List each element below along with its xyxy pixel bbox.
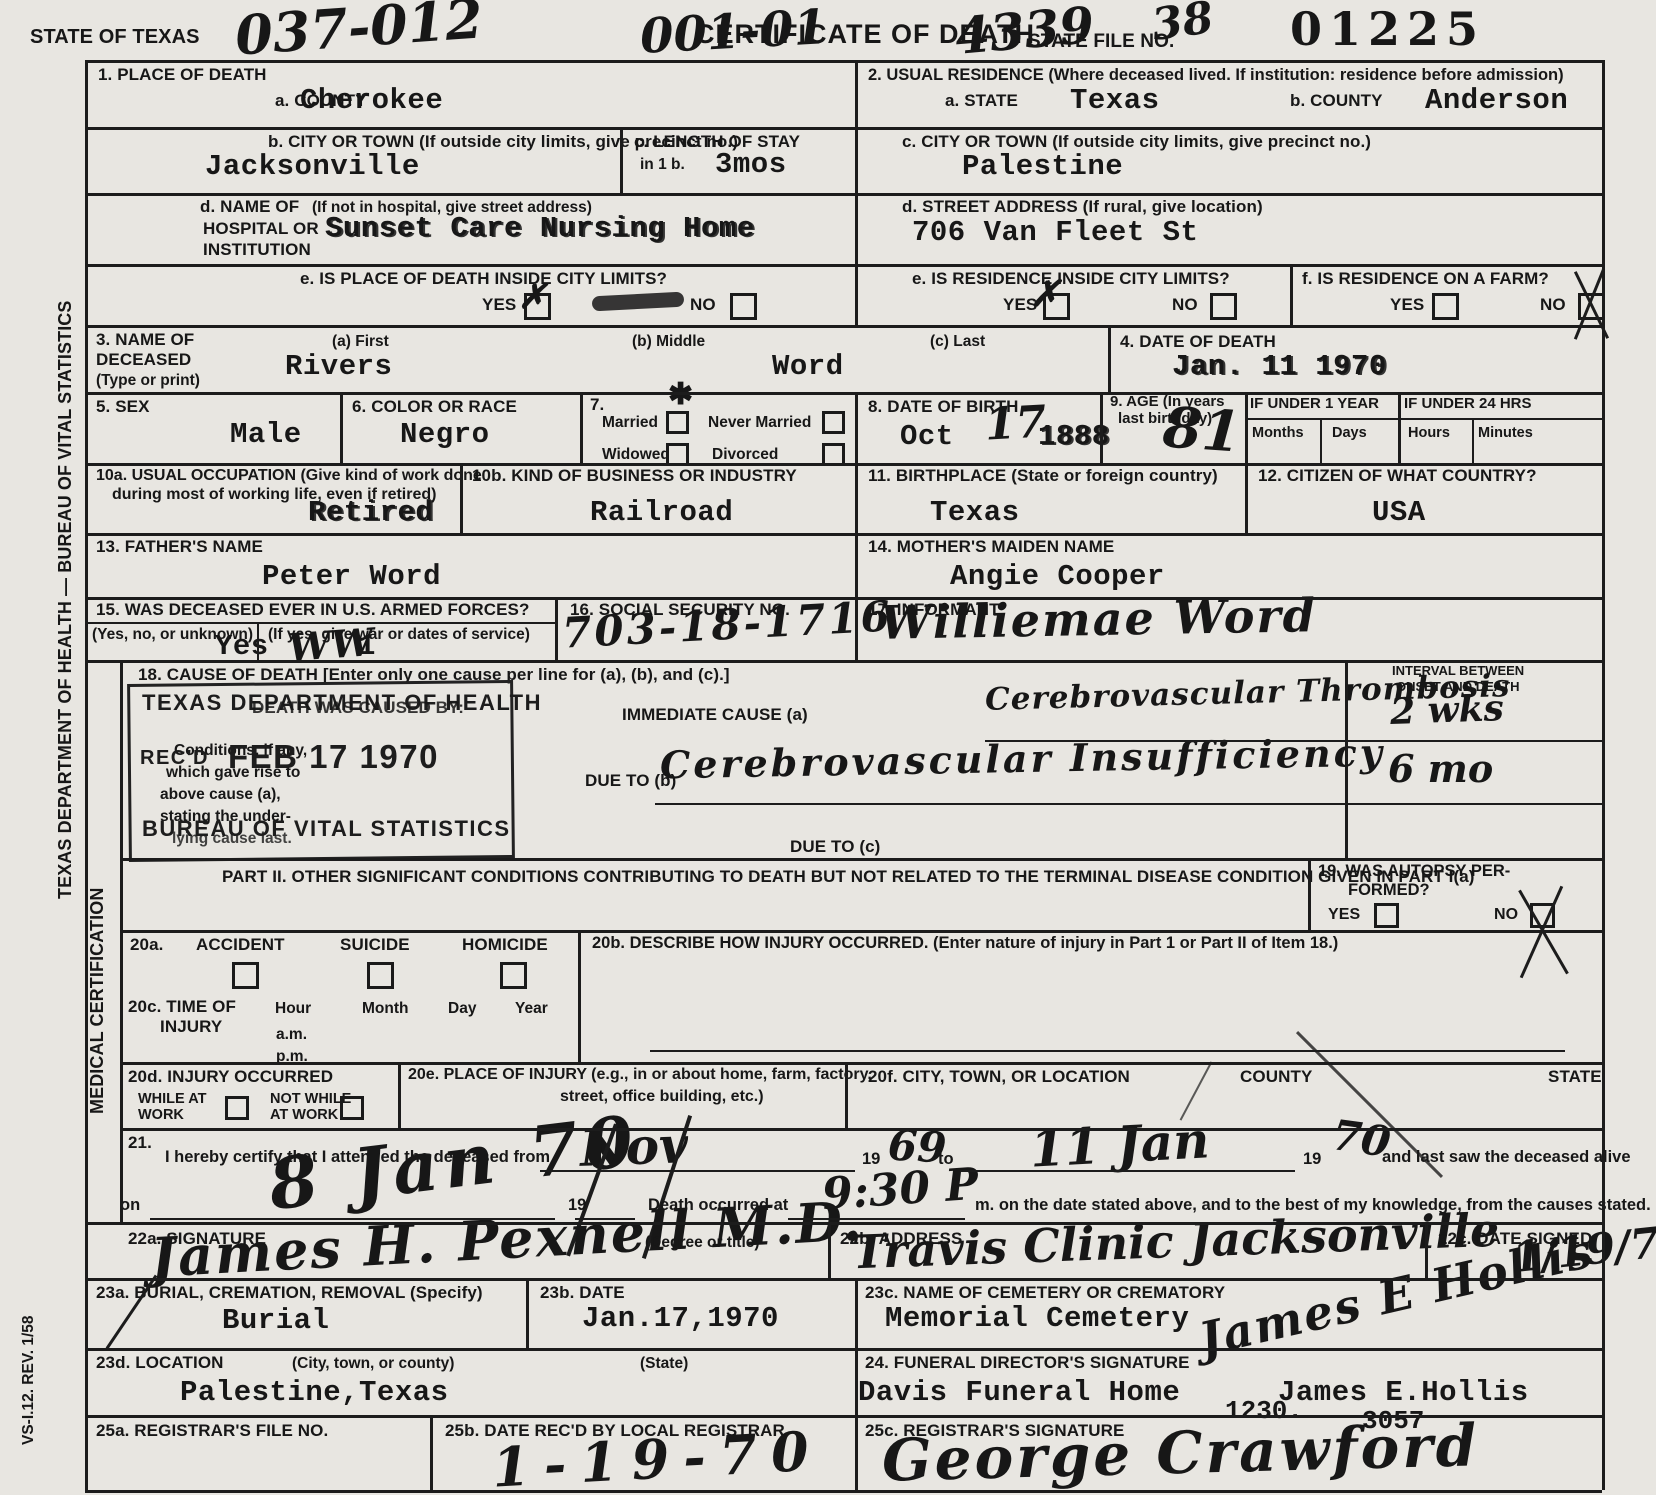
registrar-file-label: 25a. REGISTRAR'S FILE NO. bbox=[96, 1422, 328, 1441]
form-rule-line bbox=[120, 1128, 1602, 1131]
stamp-bureau-line: BUREAU OF VITAL STATISTICS bbox=[142, 818, 511, 840]
item-21-label: 21. bbox=[128, 1134, 152, 1153]
form-rule-line bbox=[620, 127, 623, 193]
form-rule-line bbox=[85, 1490, 1602, 1493]
industry-label: 10b. KIND OF BUSINESS OR INDUSTRY bbox=[472, 467, 797, 486]
residence-no-label: NO bbox=[1172, 296, 1198, 315]
accident-label: ACCIDENT bbox=[196, 936, 285, 955]
marital-item-label: 7. bbox=[590, 396, 604, 415]
form-rule-line bbox=[788, 1218, 965, 1220]
dob-month-value: Oct bbox=[900, 422, 954, 451]
form-rule-line bbox=[855, 392, 858, 660]
cause-a-interval-handwritten: 2 wks bbox=[1389, 690, 1504, 730]
form-rule-line bbox=[85, 193, 1602, 196]
first-name-label: (a) First bbox=[332, 333, 389, 350]
homicide-checkbox bbox=[500, 962, 527, 989]
farm-yes-checkbox bbox=[1432, 293, 1459, 320]
burial-label: 23a. BURIAL, CREMATION, REMOVAL (Specify… bbox=[96, 1284, 483, 1303]
suicide-checkbox bbox=[367, 962, 394, 989]
form-rule-line bbox=[257, 622, 259, 660]
state-file-label: STATE FILE NO. bbox=[1028, 32, 1174, 53]
medical-certification-vertical-label: MEDICAL CERTIFICATION bbox=[88, 828, 108, 1173]
form-rule-line bbox=[120, 1062, 1602, 1065]
marital-asterisk-mark: ✱ bbox=[668, 380, 693, 410]
birthplace-value: Texas bbox=[930, 498, 1020, 527]
left-margin-agency-text: TEXAS DEPARTMENT OF HEALTH — BUREAU OF V… bbox=[56, 250, 76, 950]
form-rule-line bbox=[460, 463, 463, 533]
burial-date-label: 23b. DATE bbox=[540, 1284, 625, 1303]
not-while-at-work-label2: AT WORK bbox=[270, 1108, 338, 1124]
location-sublabel2: (State) bbox=[640, 1355, 688, 1372]
while-at-work-label1: WHILE AT bbox=[138, 1092, 206, 1108]
never-married-label: Never Married bbox=[708, 414, 811, 431]
hospital-label3: INSTITUTION bbox=[203, 241, 311, 260]
due-to-c-label: DUE TO (c) bbox=[790, 838, 880, 857]
residence-county-label: b. COUNTY bbox=[1290, 92, 1383, 111]
form-rule-line bbox=[580, 392, 583, 463]
divorced-label: Divorced bbox=[712, 446, 778, 463]
while-at-work-checkbox bbox=[225, 1096, 249, 1120]
father-name-value: Peter Word bbox=[262, 562, 441, 591]
form-rule-line bbox=[85, 264, 1602, 267]
last-name-label: (c) Last bbox=[930, 333, 985, 350]
form-rule-line bbox=[1100, 392, 1103, 463]
cemetery-value: Memorial Cemetery bbox=[885, 1304, 1189, 1333]
form-rule-line bbox=[85, 622, 557, 624]
funeral-director-name-typed: James E.Hollis bbox=[1278, 1378, 1529, 1407]
location-value: Palestine,Texas bbox=[180, 1378, 449, 1407]
cause-b-interval-handwritten: 6 mo bbox=[1388, 750, 1493, 788]
form-rule-line bbox=[85, 463, 1602, 466]
burial-value: Burial bbox=[222, 1306, 329, 1335]
time-of-injury-label1: 20c. TIME OF bbox=[128, 998, 236, 1017]
form-rule-line bbox=[1602, 60, 1605, 1490]
residence-city-label: c. CITY OR TOWN (If outside city limits,… bbox=[902, 133, 1371, 152]
state-file-no-handwritten: 38 bbox=[1149, 0, 1216, 48]
under-1-year-label: IF UNDER 1 YEAR bbox=[1250, 396, 1379, 413]
part2-label: PART II. OTHER SIGNIFICANT CONDITIONS CO… bbox=[222, 868, 1475, 887]
not-while-at-work-checkbox bbox=[340, 1096, 364, 1120]
form-rule-line bbox=[398, 1062, 401, 1128]
industry-value: Railroad bbox=[590, 498, 733, 527]
form-rule-line bbox=[120, 930, 1602, 933]
form-rule-line bbox=[85, 1278, 1602, 1281]
interval-header1: INTERVAL BETWEEN bbox=[1392, 664, 1524, 678]
citizen-value: USA bbox=[1372, 498, 1426, 527]
form-rule-line bbox=[1308, 858, 1311, 930]
form-rule-line bbox=[1320, 418, 1322, 463]
pod-city-value: Jacksonville bbox=[205, 152, 420, 181]
dob-year-value: 1888 bbox=[1038, 422, 1110, 451]
injury-city-label: 20f. CITY, TOWN, OR LOCATION bbox=[868, 1068, 1130, 1087]
days-label: Days bbox=[1332, 426, 1367, 442]
autopsy-label2: FORMED? bbox=[1348, 881, 1430, 899]
item-20a-label: 20a. bbox=[130, 936, 164, 955]
form-rule-line bbox=[960, 1170, 1295, 1172]
form-rule-line bbox=[85, 60, 88, 1490]
race-value: Negro bbox=[400, 420, 490, 449]
residence-section-label: 2. USUAL RESIDENCE (Where deceased lived… bbox=[868, 66, 1564, 84]
farm-yes-label: YES bbox=[1390, 296, 1424, 315]
conditions-note3: above cause (a), bbox=[160, 786, 281, 803]
hospital-label2: HOSPITAL OR bbox=[203, 220, 319, 239]
minutes-label: Minutes bbox=[1478, 426, 1533, 442]
married-checkbox bbox=[666, 411, 689, 434]
form-rule-line bbox=[120, 858, 1602, 861]
pod-county-value: Cherokee bbox=[300, 86, 443, 115]
month-label: Month bbox=[362, 1000, 408, 1017]
armed-forces-label: 15. WAS DECEASED EVER IN U.S. ARMED FORC… bbox=[96, 601, 529, 620]
year-label: Year bbox=[515, 1000, 548, 1017]
farm-no-label: NO bbox=[1540, 296, 1566, 315]
hospital-value: Sunset Care Nursing Home bbox=[325, 214, 755, 243]
form-rule-line bbox=[85, 127, 1602, 130]
form-rule-line bbox=[1245, 463, 1248, 533]
middle-name-label: (b) Middle bbox=[632, 333, 705, 350]
form-rule-line bbox=[1290, 264, 1293, 325]
residence-city-value: Palestine bbox=[962, 152, 1123, 181]
form-rule-line bbox=[85, 533, 1602, 536]
form-rule-line bbox=[855, 1415, 858, 1490]
race-label: 6. COLOR OR RACE bbox=[352, 398, 517, 417]
form-rule-line bbox=[85, 392, 1602, 395]
form-rule-line bbox=[855, 1278, 858, 1348]
autopsy-yes-checkbox bbox=[1374, 903, 1399, 928]
father-name-label: 13. FATHER'S NAME bbox=[96, 538, 263, 557]
year-prefix-2: 19 bbox=[1303, 1150, 1321, 1168]
last-name-value: Word bbox=[772, 352, 844, 381]
occupation-value: Retired bbox=[308, 498, 433, 527]
death-certificate-scan: STATE OF TEXAS 037-012 001-01 CERTIFICAT… bbox=[0, 0, 1656, 1495]
form-rule-line bbox=[1398, 392, 1401, 463]
sex-value: Male bbox=[230, 420, 302, 449]
hours-label: Hours bbox=[1408, 426, 1450, 442]
state-of-texas-label: STATE OF TEXAS bbox=[30, 26, 200, 48]
form-rule-line bbox=[430, 1415, 433, 1490]
form-rule-line bbox=[540, 1170, 855, 1172]
interval-header2: ONSET AND DEATH bbox=[1396, 680, 1520, 694]
registrar-date-handwritten: 1-19-70 bbox=[491, 1423, 824, 1494]
day-label: Day bbox=[448, 1000, 476, 1017]
pod-yes-mark: ✗ bbox=[518, 280, 547, 314]
suicide-label: SUICIDE bbox=[340, 936, 410, 955]
attended-to-handwritten: 11 Jan bbox=[1029, 1115, 1211, 1174]
pod-city-limits-label: e. IS PLACE OF DEATH INSIDE CITY LIMITS? bbox=[300, 270, 667, 289]
stamp-recd: REC'D bbox=[140, 748, 209, 768]
mother-name-label: 14. MOTHER'S MAIDEN NAME bbox=[868, 538, 1114, 557]
form-rule-line bbox=[526, 1278, 529, 1348]
form-rule-line bbox=[578, 930, 581, 1062]
degree-or-title-label: (Degree or title) bbox=[645, 1234, 760, 1251]
form-rule-line bbox=[855, 1348, 858, 1415]
pod-no-label: NO bbox=[690, 296, 716, 315]
cemetery-label: 23c. NAME OF CEMETERY OR CREMATORY bbox=[865, 1284, 1225, 1303]
form-rule-line bbox=[85, 1348, 1602, 1351]
accident-checkbox bbox=[232, 962, 259, 989]
residence-state-value: Texas bbox=[1070, 86, 1160, 115]
form-rule-line bbox=[85, 1222, 1602, 1225]
place-of-death-section-label: 1. PLACE OF DEATH bbox=[98, 66, 267, 85]
street-address-label: d. STREET ADDRESS (If rural, give locati… bbox=[902, 198, 1263, 217]
months-label: Months bbox=[1252, 426, 1304, 442]
form-rule-line bbox=[1345, 660, 1348, 858]
form-rule-line bbox=[1472, 418, 1474, 463]
first-name-value: Rivers bbox=[285, 352, 392, 381]
form-rule-line bbox=[1108, 325, 1111, 392]
form-rule-line bbox=[855, 60, 858, 325]
residence-city-limits-label: e. IS RESIDENCE INSIDE CITY LIMITS? bbox=[912, 270, 1230, 289]
date-of-death-value: Jan. 11 1970 bbox=[1172, 352, 1387, 381]
time-of-injury-label2: INJURY bbox=[160, 1018, 222, 1037]
stamp-date: FEB 17 1970 bbox=[228, 740, 439, 773]
date-of-death-label: 4. DATE OF DEATH bbox=[1120, 333, 1276, 352]
armed-forces-value: Yes bbox=[215, 632, 269, 661]
age-handwritten: 81 bbox=[1161, 399, 1243, 460]
ink-smudge bbox=[592, 292, 685, 312]
form-rule-line bbox=[985, 740, 1602, 742]
form-code: VS-I.12. REV. 1/58 bbox=[20, 1275, 37, 1485]
form-rule-line bbox=[1425, 1222, 1428, 1278]
never-married-checkbox bbox=[822, 411, 845, 434]
widowed-label: Widowed bbox=[602, 446, 670, 463]
birthplace-label: 11. BIRTHPLACE (State or foreign country… bbox=[868, 467, 1218, 486]
farm-label: f. IS RESIDENCE ON A FARM? bbox=[1302, 270, 1549, 289]
citizen-label: 12. CITIZEN OF WHAT COUNTRY? bbox=[1258, 467, 1537, 486]
location-label: 23d. LOCATION bbox=[96, 1354, 224, 1373]
length-of-stay-sublabel: in 1 b. bbox=[640, 156, 685, 173]
form-rule-line bbox=[85, 660, 1602, 663]
war-typed: 1 bbox=[358, 632, 376, 661]
form-rule-line bbox=[85, 325, 1602, 328]
pod-no-checkbox bbox=[730, 293, 757, 320]
funeral-home-value: Davis Funeral Home bbox=[858, 1378, 1180, 1407]
on-word: on bbox=[120, 1196, 140, 1214]
form-rule-line bbox=[650, 1050, 1565, 1052]
hospital-label: d. NAME OF bbox=[200, 198, 299, 217]
injury-county-label: COUNTY bbox=[1240, 1068, 1312, 1087]
registrar-signature-handwritten: George Crawford bbox=[881, 1416, 1480, 1490]
under-24-hrs-label: IF UNDER 24 HRS bbox=[1404, 396, 1532, 413]
residence-no-checkbox bbox=[1210, 293, 1237, 320]
married-label: Married bbox=[602, 414, 658, 431]
form-rule-line bbox=[1245, 392, 1248, 463]
form-rule-line bbox=[555, 597, 558, 660]
autopsy-no-label: NO bbox=[1494, 906, 1518, 924]
while-at-work-label2: WORK bbox=[138, 1108, 184, 1124]
residence-state-label: a. STATE bbox=[945, 92, 1018, 111]
form-rule-line bbox=[845, 1062, 848, 1128]
residence-county-value: Anderson bbox=[1425, 86, 1568, 115]
registrar-code-handwritten: 037-012 bbox=[233, 0, 484, 63]
form-rule-line bbox=[85, 597, 1602, 600]
death-caused-by-label: DEATH WAS CAUSED BY: bbox=[252, 699, 464, 718]
location-sublabel1: (City, town, or county) bbox=[292, 1355, 454, 1372]
form-rule-line bbox=[828, 1222, 831, 1278]
form-rule-line bbox=[340, 392, 343, 463]
autopsy-yes-label: YES bbox=[1328, 906, 1360, 924]
form-rule-line bbox=[150, 1218, 555, 1220]
name-label3: (Type or print) bbox=[96, 372, 200, 389]
injury-state-label: STATE bbox=[1548, 1068, 1602, 1087]
form-rule-line bbox=[575, 1218, 635, 1220]
sex-label: 5. SEX bbox=[96, 398, 150, 417]
injury-occurred-label: 20d. INJURY OCCURRED bbox=[128, 1068, 333, 1087]
length-of-stay-value: 3mos bbox=[715, 150, 787, 179]
hour-label: Hour bbox=[275, 1000, 311, 1017]
street-address-value: 706 Van Fleet St bbox=[912, 218, 1198, 247]
form-rule-line bbox=[85, 60, 1602, 63]
form-rule-line bbox=[1245, 418, 1602, 420]
residence-yes-mark: ✗ bbox=[1030, 276, 1060, 312]
pod-yes-label: YES bbox=[482, 296, 516, 315]
mother-name-value: Angie Cooper bbox=[950, 562, 1165, 591]
funeral-director-label: 24. FUNERAL DIRECTOR'S SIGNATURE bbox=[865, 1354, 1190, 1373]
autopsy-label1: 19. WAS AUTOPSY PER- bbox=[1318, 862, 1510, 880]
name-label1: 3. NAME OF bbox=[96, 331, 194, 350]
form-rule-line bbox=[120, 660, 123, 1222]
informant-handwritten: Williemae Word bbox=[880, 592, 1318, 646]
am-label: a.m. bbox=[276, 1026, 307, 1043]
describe-injury-label: 20b. DESCRIBE HOW INJURY OCCURRED. (Ente… bbox=[592, 934, 1338, 952]
form-rule-line bbox=[655, 803, 1602, 805]
immediate-cause-label: IMMEDIATE CAUSE (a) bbox=[622, 706, 808, 725]
name-label2: DECEASED bbox=[96, 351, 191, 370]
occupation-label1: 10a. USUAL OCCUPATION (Give kind of work… bbox=[96, 467, 482, 485]
state-file-no-stamp: 01225 bbox=[1290, 2, 1485, 56]
homicide-label: HOMICIDE bbox=[462, 936, 548, 955]
burial-date-value: Jan.17,1970 bbox=[582, 1304, 779, 1333]
form-rule-line bbox=[85, 1415, 1602, 1418]
place-of-injury-label1: 20e. PLACE OF INJURY (e.g., in or about … bbox=[408, 1066, 872, 1084]
